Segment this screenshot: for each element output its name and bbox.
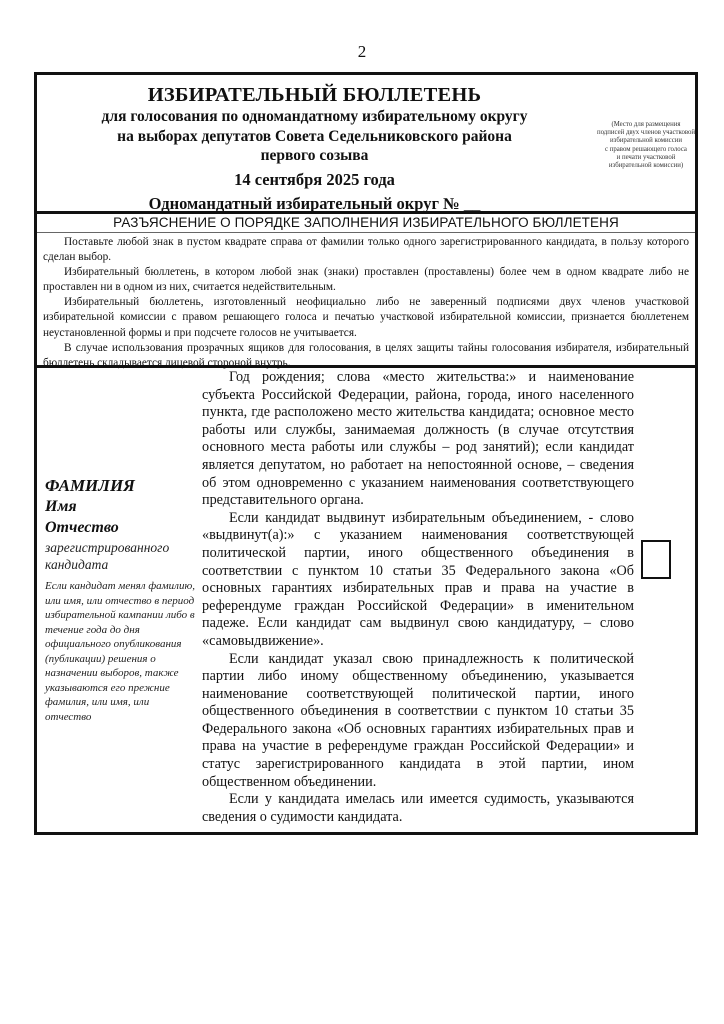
stamp-area-line: избирательной комиссии [592, 137, 700, 145]
stamp-area-line: избирательной комиссии) [592, 162, 700, 170]
instructions-body: Поставьте любой знак в пустом квадрате с… [37, 233, 695, 371]
candidate-description-paragraph: Год рождения; слова «место жительства:» … [202, 369, 634, 510]
instructions-heading: РАЗЪЯСНЕНИЕ О ПОРЯДКЕ ЗАПОЛНЕНИЯ ИЗБИРАТ… [37, 214, 695, 233]
stamp-area-line: (Место для размещения [592, 121, 700, 129]
candidate-description-paragraph: Если кандидат указал свою принадлежность… [202, 651, 634, 792]
ballot-title: ИЗБИРАТЕЛЬНЫЙ БЮЛЛЕТЕНЬ [37, 84, 592, 107]
stamp-signature-area: (Место для размещения подписей двух член… [592, 121, 700, 170]
candidate-description: Год рождения; слова «место жительства:» … [202, 369, 634, 826]
stamp-area-line: подписей двух членов участковой [592, 129, 700, 137]
ballot: ИЗБИРАТЕЛЬНЫЙ БЮЛЛЕТЕНЬ для голосования … [34, 72, 698, 835]
district-label: Одномандатный избирательный округ № __ [37, 194, 592, 214]
ballot-subtitle-line-3: первого созыва [37, 146, 592, 166]
page-number: 2 [0, 42, 724, 62]
instruction-paragraph: Избирательный бюллетень, изготовленный н… [43, 295, 689, 340]
instruction-paragraph: Поставьте любой знак в пустом квадрате с… [43, 235, 689, 265]
candidate-name-block: ФАМИЛИЯ Имя Отчество зарегистрированного… [45, 476, 195, 724]
candidate-description-paragraph: Если кандидат выдвинут избирательным объ… [202, 510, 634, 651]
ballot-subtitle-line-1: для голосования по одномандатному избира… [37, 107, 592, 127]
ballot-header-main: ИЗБИРАТЕЛЬНЫЙ БЮЛЛЕТЕНЬ для голосования … [37, 75, 592, 214]
candidate-patronymic: Отчество [45, 517, 195, 538]
candidate-row: ФАМИЛИЯ Имя Отчество зарегистрированного… [37, 365, 695, 835]
candidate-registered-label: зарегистрированного кандидата [45, 539, 195, 573]
candidate-name-change-note: Если кандидат менял фамилию, или имя, ил… [45, 579, 195, 724]
ballot-header: ИЗБИРАТЕЛЬНЫЙ БЮЛЛЕТЕНЬ для голосования … [37, 75, 695, 214]
ballot-subtitle-line-2: на выборах депутатов Совета Седельниковс… [37, 127, 592, 147]
candidate-surname: ФАМИЛИЯ [45, 476, 195, 496]
instructions-section: РАЗЪЯСНЕНИЕ О ПОРЯДКЕ ЗАПОЛНЕНИЯ ИЗБИРАТ… [37, 214, 695, 371]
candidate-first-name: Имя [45, 496, 195, 517]
stamp-area-line: с правом решающего голоса [592, 146, 700, 154]
candidate-description-paragraph: Если у кандидата имелась или имеется суд… [202, 791, 634, 826]
instruction-paragraph: Избирательный бюллетень, в котором любой… [43, 265, 689, 295]
stamp-area-line: и печати участковой [592, 154, 700, 162]
vote-checkbox[interactable] [641, 540, 671, 579]
election-date: 14 сентября 2025 года [37, 170, 592, 190]
